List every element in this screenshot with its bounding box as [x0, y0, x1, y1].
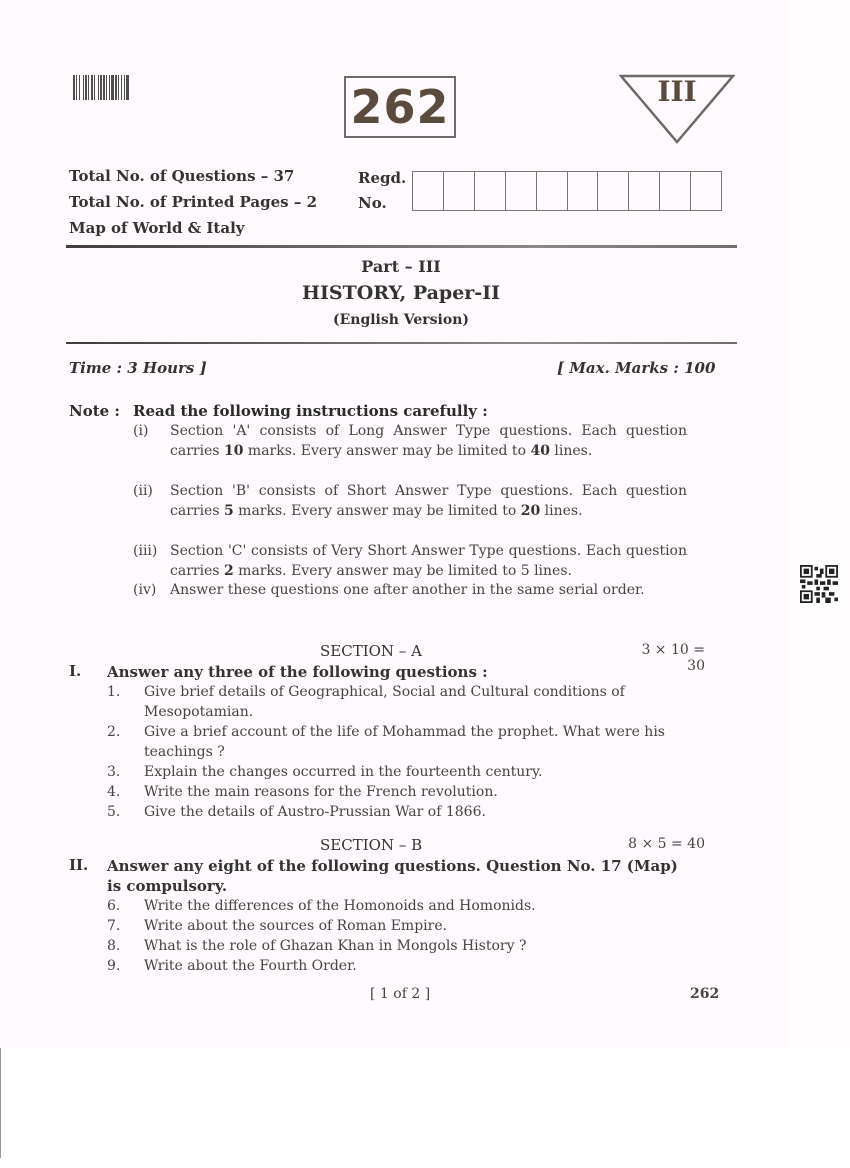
- regd-number-field[interactable]: [412, 171, 722, 211]
- total-pages: Total No. of Printed Pages – 2: [69, 193, 317, 211]
- regd-digit-cell[interactable]: [506, 172, 537, 210]
- time-label: Time : 3 Hours ]: [69, 359, 207, 377]
- question-text: Write the main reasons for the French re…: [144, 782, 689, 802]
- instruction-number: (i): [133, 421, 148, 441]
- question-item: 4.Write the main reasons for the French …: [107, 782, 689, 802]
- regd-no-label: No.: [358, 194, 387, 212]
- question-item: 1.Give brief details of Geographical, So…: [107, 682, 689, 722]
- question-item: 6.Write the differences of the Homonoids…: [107, 896, 689, 916]
- question-text: What is the role of Ghazan Khan in Mongo…: [144, 936, 689, 956]
- instruction-number: (ii): [133, 481, 153, 501]
- section-instruction: Answer any eight of the following questi…: [107, 856, 687, 896]
- question-item: 5.Give the details of Austro-Prussian Wa…: [107, 802, 689, 822]
- regd-digit-cell[interactable]: [568, 172, 599, 210]
- paper-code-box: 262: [344, 76, 456, 138]
- map-note: Map of World & Italy: [69, 219, 245, 237]
- question-item: 9.Write about the Fourth Order.: [107, 956, 689, 976]
- section-roman-numeral: I.: [69, 662, 81, 680]
- question-item: 8.What is the role of Ghazan Khan in Mon…: [107, 936, 689, 956]
- question-number: 6.: [107, 896, 120, 916]
- section-title: SECTION – A: [320, 642, 422, 660]
- instruction-item: (i)Section 'A' consists of Long Answer T…: [133, 421, 687, 461]
- question-item: 3.Explain the changes occurred in the fo…: [107, 762, 689, 782]
- instruction-text: Section 'C' consists of Very Short Answe…: [170, 541, 687, 581]
- note-heading: Read the following instructions carefull…: [133, 402, 488, 420]
- regd-label: Regd.: [358, 169, 406, 187]
- max-marks-label: [ Max. Marks : 100: [557, 359, 715, 377]
- total-questions: Total No. of Questions – 37: [69, 167, 294, 185]
- scan-edge-mark: [0, 1048, 4, 1158]
- question-number: 2.: [107, 722, 120, 742]
- barcode-icon: [73, 75, 147, 100]
- question-text: Give a brief account of the life of Moha…: [144, 722, 689, 762]
- question-number: 5.: [107, 802, 120, 822]
- page-number: [ 1 of 2 ]: [370, 986, 430, 1002]
- instruction-item: (iv)Answer these questions one after ano…: [133, 580, 687, 600]
- question-number: 4.: [107, 782, 120, 802]
- regd-digit-cell[interactable]: [691, 172, 721, 210]
- section-title: SECTION – B: [320, 836, 422, 854]
- qr-code-icon: [800, 565, 838, 603]
- page-margin: [790, 0, 850, 1048]
- footer-paper-code: 262: [690, 986, 719, 1002]
- instruction-number: (iv): [133, 580, 156, 600]
- version-label: (English Version): [0, 312, 802, 328]
- question-text: Write about the sources of Roman Empire.: [144, 916, 689, 936]
- instruction-item: (ii)Section 'B' consists of Short Answer…: [133, 481, 687, 521]
- instruction-item: (iii)Section 'C' consists of Very Short …: [133, 541, 687, 581]
- question-text: Explain the changes occurred in the four…: [144, 762, 689, 782]
- regd-digit-cell[interactable]: [537, 172, 568, 210]
- question-number: 1.: [107, 682, 120, 702]
- regd-digit-cell[interactable]: [660, 172, 691, 210]
- regd-digit-cell[interactable]: [629, 172, 660, 210]
- part-badge: III: [652, 75, 702, 108]
- question-item: 2.Give a brief account of the life of Mo…: [107, 722, 689, 762]
- regd-digit-cell[interactable]: [475, 172, 506, 210]
- question-text: Give the details of Austro-Prussian War …: [144, 802, 689, 822]
- question-number: 9.: [107, 956, 120, 976]
- divider: [66, 245, 737, 248]
- instruction-text: Section 'B' consists of Short Answer Typ…: [170, 481, 687, 521]
- section-instruction: Answer any three of the following questi…: [107, 662, 687, 682]
- question-text: Give brief details of Geographical, Soci…: [144, 682, 689, 722]
- instruction-text: Answer these questions one after another…: [170, 580, 687, 600]
- question-number: 3.: [107, 762, 120, 782]
- question-number: 8.: [107, 936, 120, 956]
- question-item: 7.Write about the sources of Roman Empir…: [107, 916, 689, 936]
- instruction-text: Section 'A' consists of Long Answer Type…: [170, 421, 687, 461]
- regd-digit-cell[interactable]: [444, 172, 475, 210]
- section-marks: 8 × 5 = 40: [620, 836, 705, 852]
- regd-digit-cell[interactable]: [598, 172, 629, 210]
- regd-digit-cell[interactable]: [413, 172, 444, 210]
- question-number: 7.: [107, 916, 120, 936]
- note-label: Note :: [69, 402, 120, 420]
- section-roman-numeral: II.: [69, 856, 88, 874]
- question-text: Write about the Fourth Order.: [144, 956, 689, 976]
- subject-title: HISTORY, Paper-II: [0, 282, 802, 304]
- question-text: Write the differences of the Homonoids a…: [144, 896, 689, 916]
- instruction-number: (iii): [133, 541, 157, 561]
- divider: [66, 342, 737, 344]
- part-title: Part – III: [0, 257, 802, 276]
